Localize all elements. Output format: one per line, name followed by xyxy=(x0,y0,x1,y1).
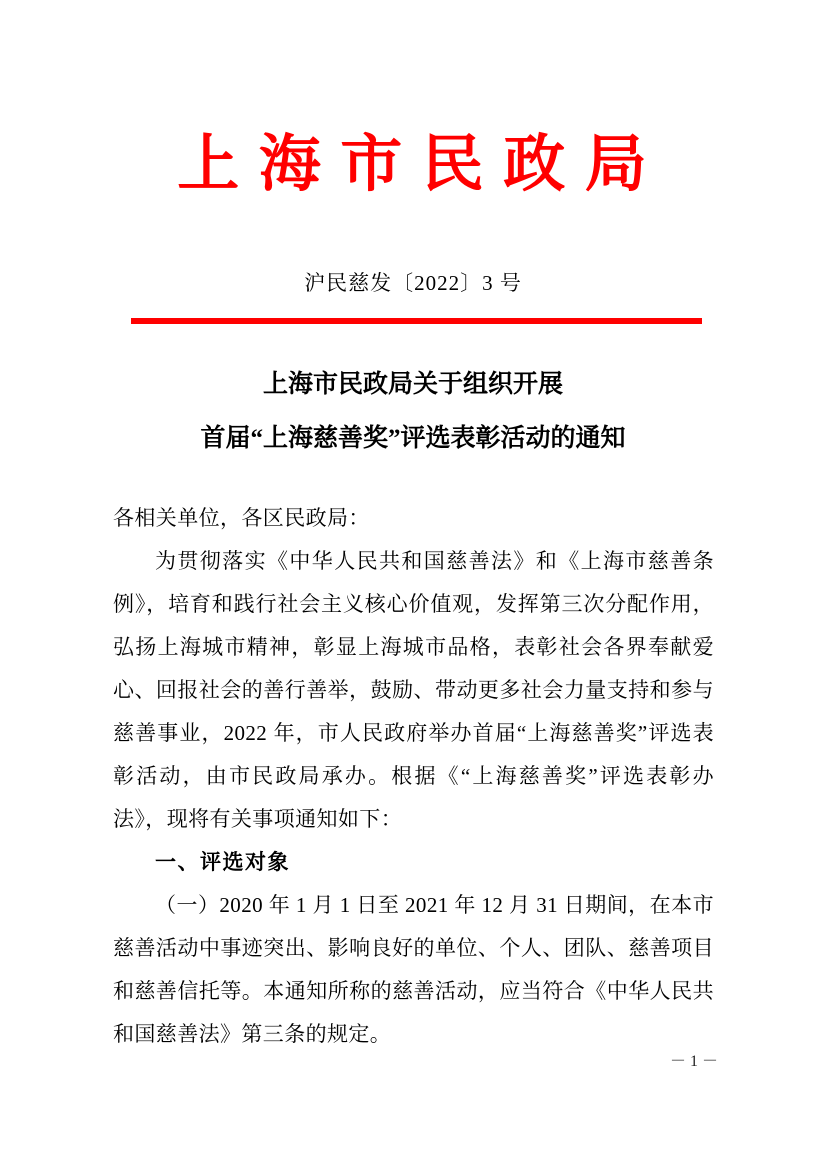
item-paragraph: （一）2020 年 1 月 1 日至 2021 年 12 月 31 日期间，在本… xyxy=(113,884,714,1056)
red-separator-line xyxy=(131,318,702,324)
page-number: － 1 － xyxy=(670,1052,718,1072)
salutation: 各相关单位，各区民政局： xyxy=(113,497,714,540)
document-title: 上海市民政局关于组织开展 首届“上海慈善奖”评选表彰活动的通知 xyxy=(0,358,826,466)
document-title-line-2: 首届“上海慈善奖”评选表彰活动的通知 xyxy=(0,412,826,466)
document-page: 上 海 市 民 政 局 沪民慈发〔2022〕3 号 上海市民政局关于组织开展 首… xyxy=(0,0,826,1169)
agency-header-title: 上 海 市 民 政 局 xyxy=(0,122,826,208)
section-heading-selection-targets: 一、评选对象 xyxy=(113,841,714,884)
document-number: 沪民慈发〔2022〕3 号 xyxy=(0,266,826,300)
document-title-line-1: 上海市民政局关于组织开展 xyxy=(0,358,826,412)
document-body: 各相关单位，各区民政局： 为贯彻落实《中华人民共和国慈善法》和《上海市慈善条例》… xyxy=(113,497,714,1056)
intro-paragraph: 为贯彻落实《中华人民共和国慈善法》和《上海市慈善条例》，培育和践行社会主义核心价… xyxy=(113,540,714,841)
